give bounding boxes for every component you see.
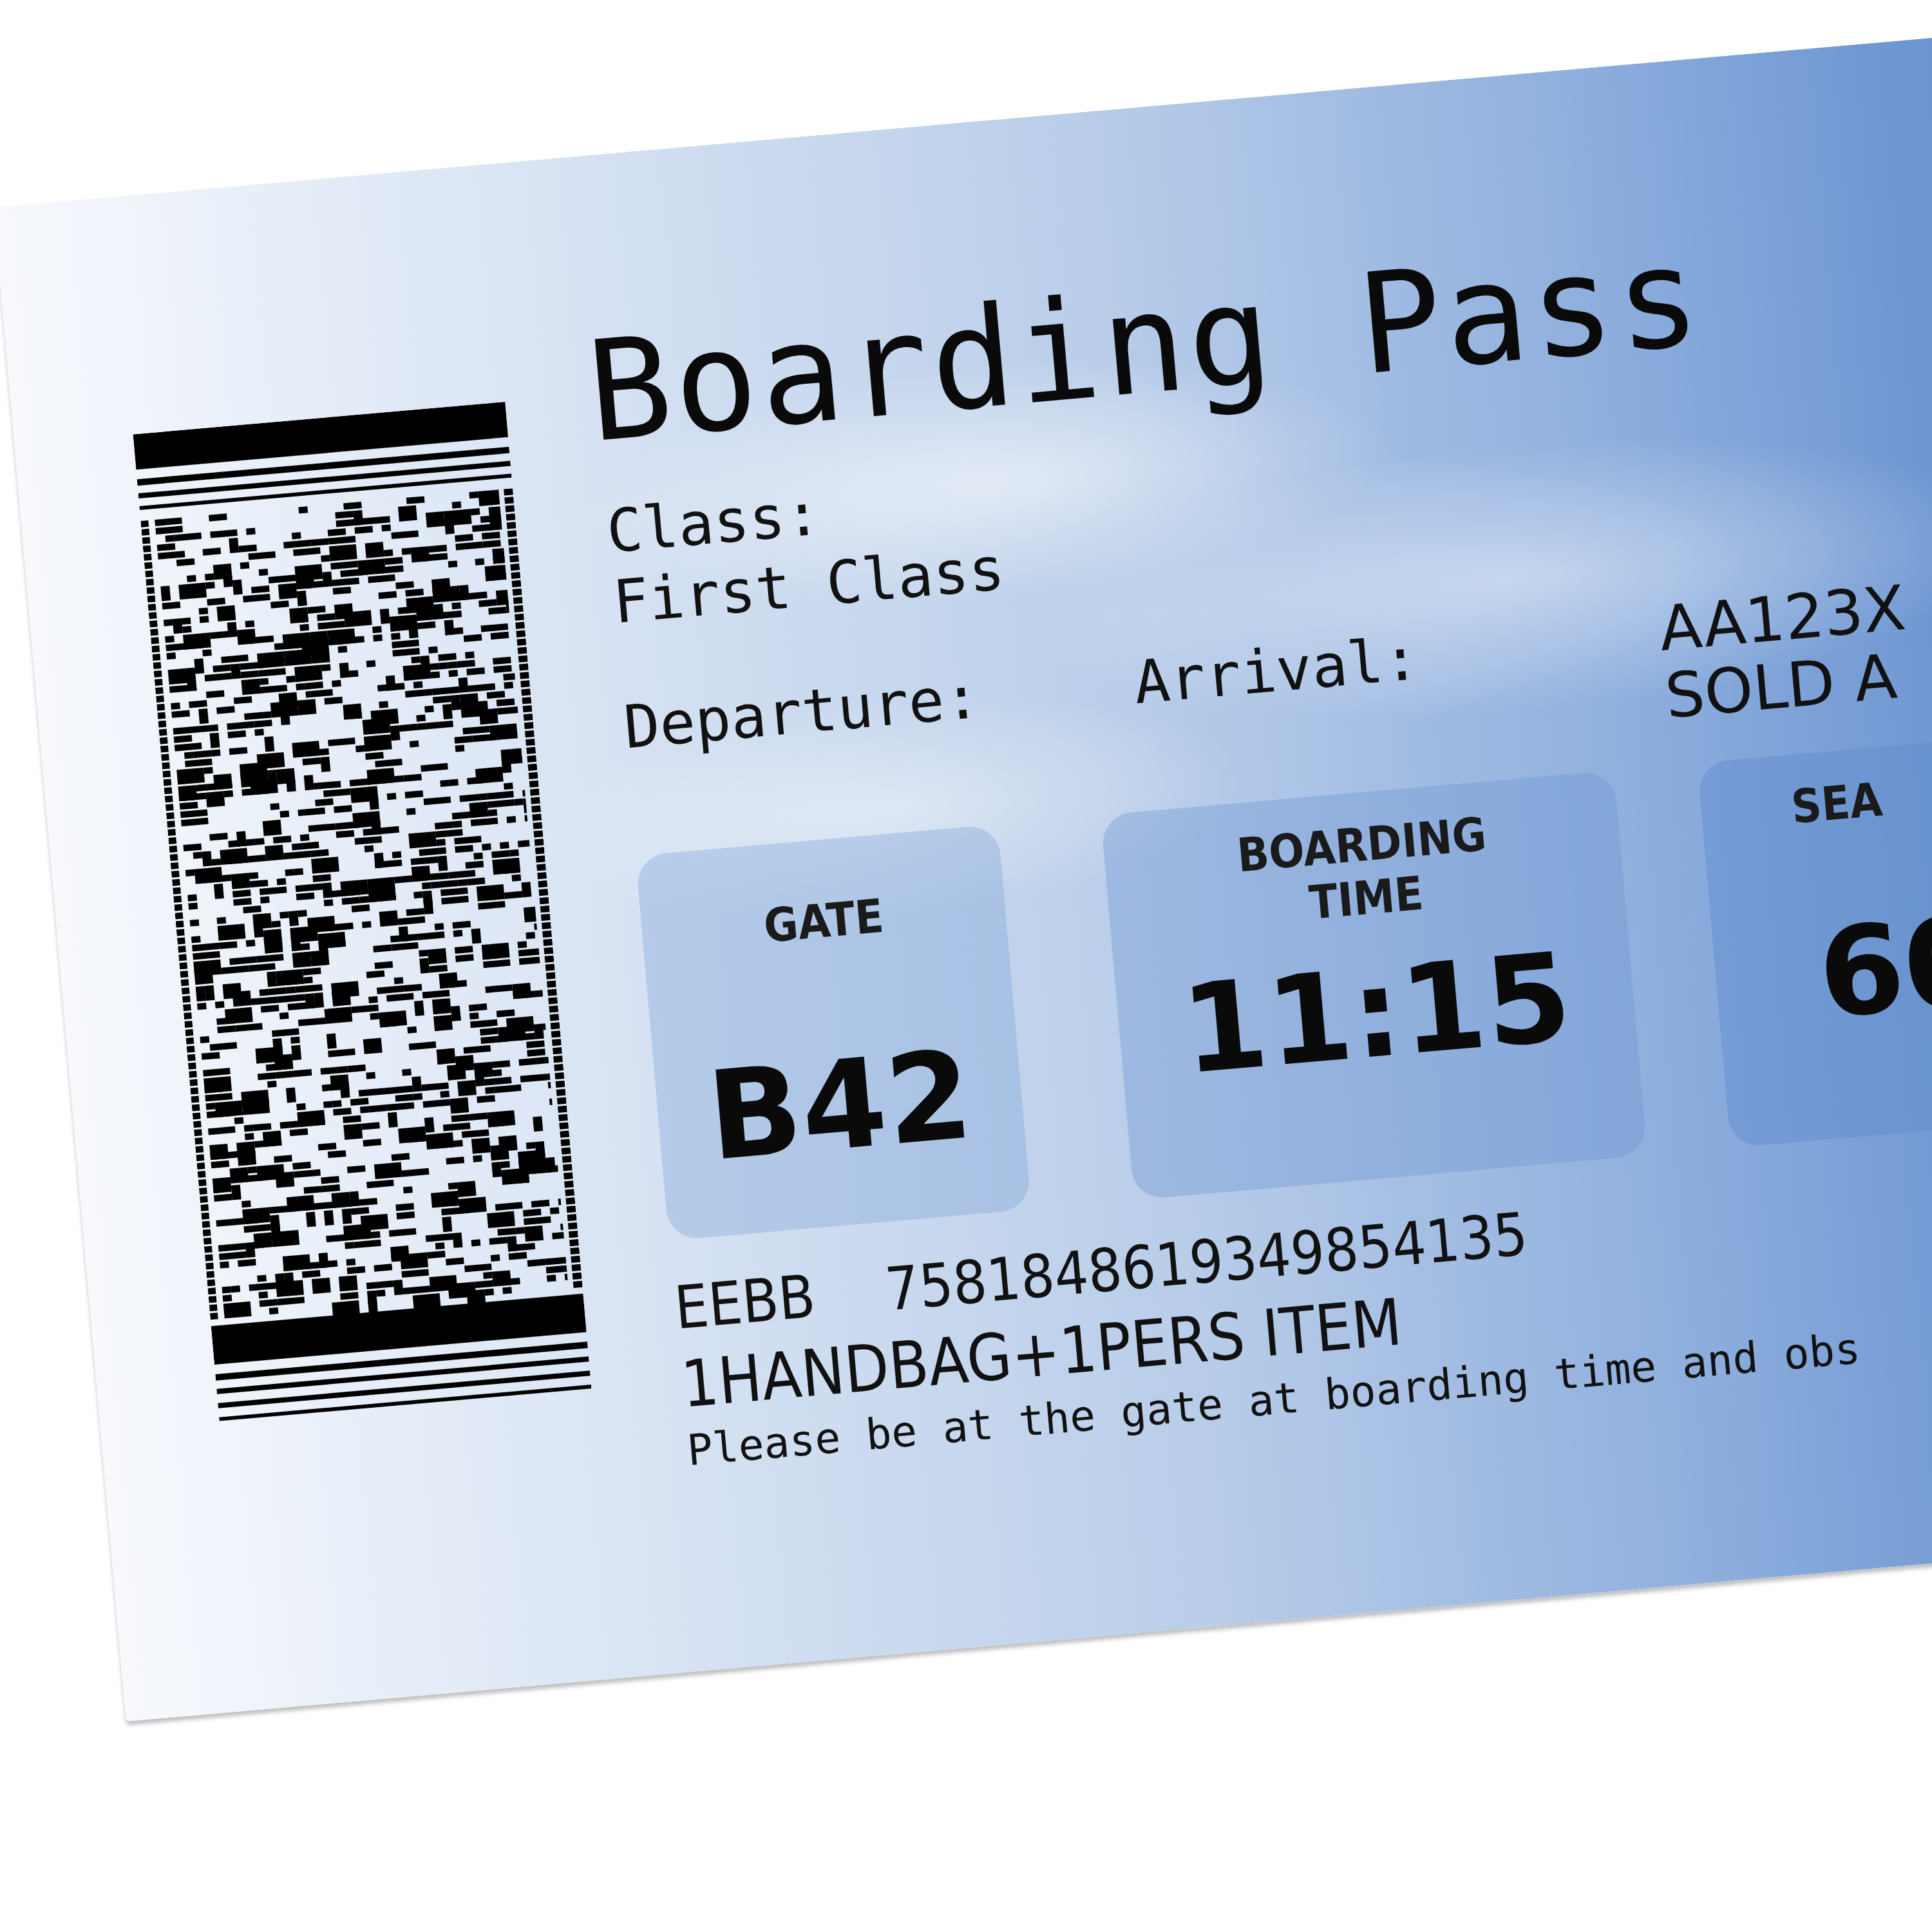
page-title: Boarding Pass xyxy=(582,227,1707,462)
class-label: Class: xyxy=(605,484,823,562)
arrival-label: Arrival: xyxy=(1132,629,1421,713)
boarding-pass-card: Boarding Pass Class: First Class Departu… xyxy=(0,11,1932,1721)
departure-label: Departure: xyxy=(621,668,982,758)
ticket-prefix: EEBB xyxy=(672,1262,818,1343)
seat-value: 60 xyxy=(1814,884,1932,1036)
boarding-time-label: BOARDING TIME xyxy=(1103,796,1625,947)
pdf417-barcode-icon xyxy=(133,402,595,1461)
seat-box: SEA 60 xyxy=(1697,724,1932,1148)
boarding-time-value: 11:15 xyxy=(1115,931,1639,1097)
seat-label: SEA xyxy=(1789,750,1932,834)
boarding-time-box: BOARDING TIME 11:15 xyxy=(1101,770,1647,1200)
gate-label: GATE xyxy=(640,878,1007,963)
sold-line: SOLD A xyxy=(1663,645,1899,727)
gate-box: GATE B42 xyxy=(636,824,1032,1241)
gate-value: B42 xyxy=(653,1030,1026,1184)
